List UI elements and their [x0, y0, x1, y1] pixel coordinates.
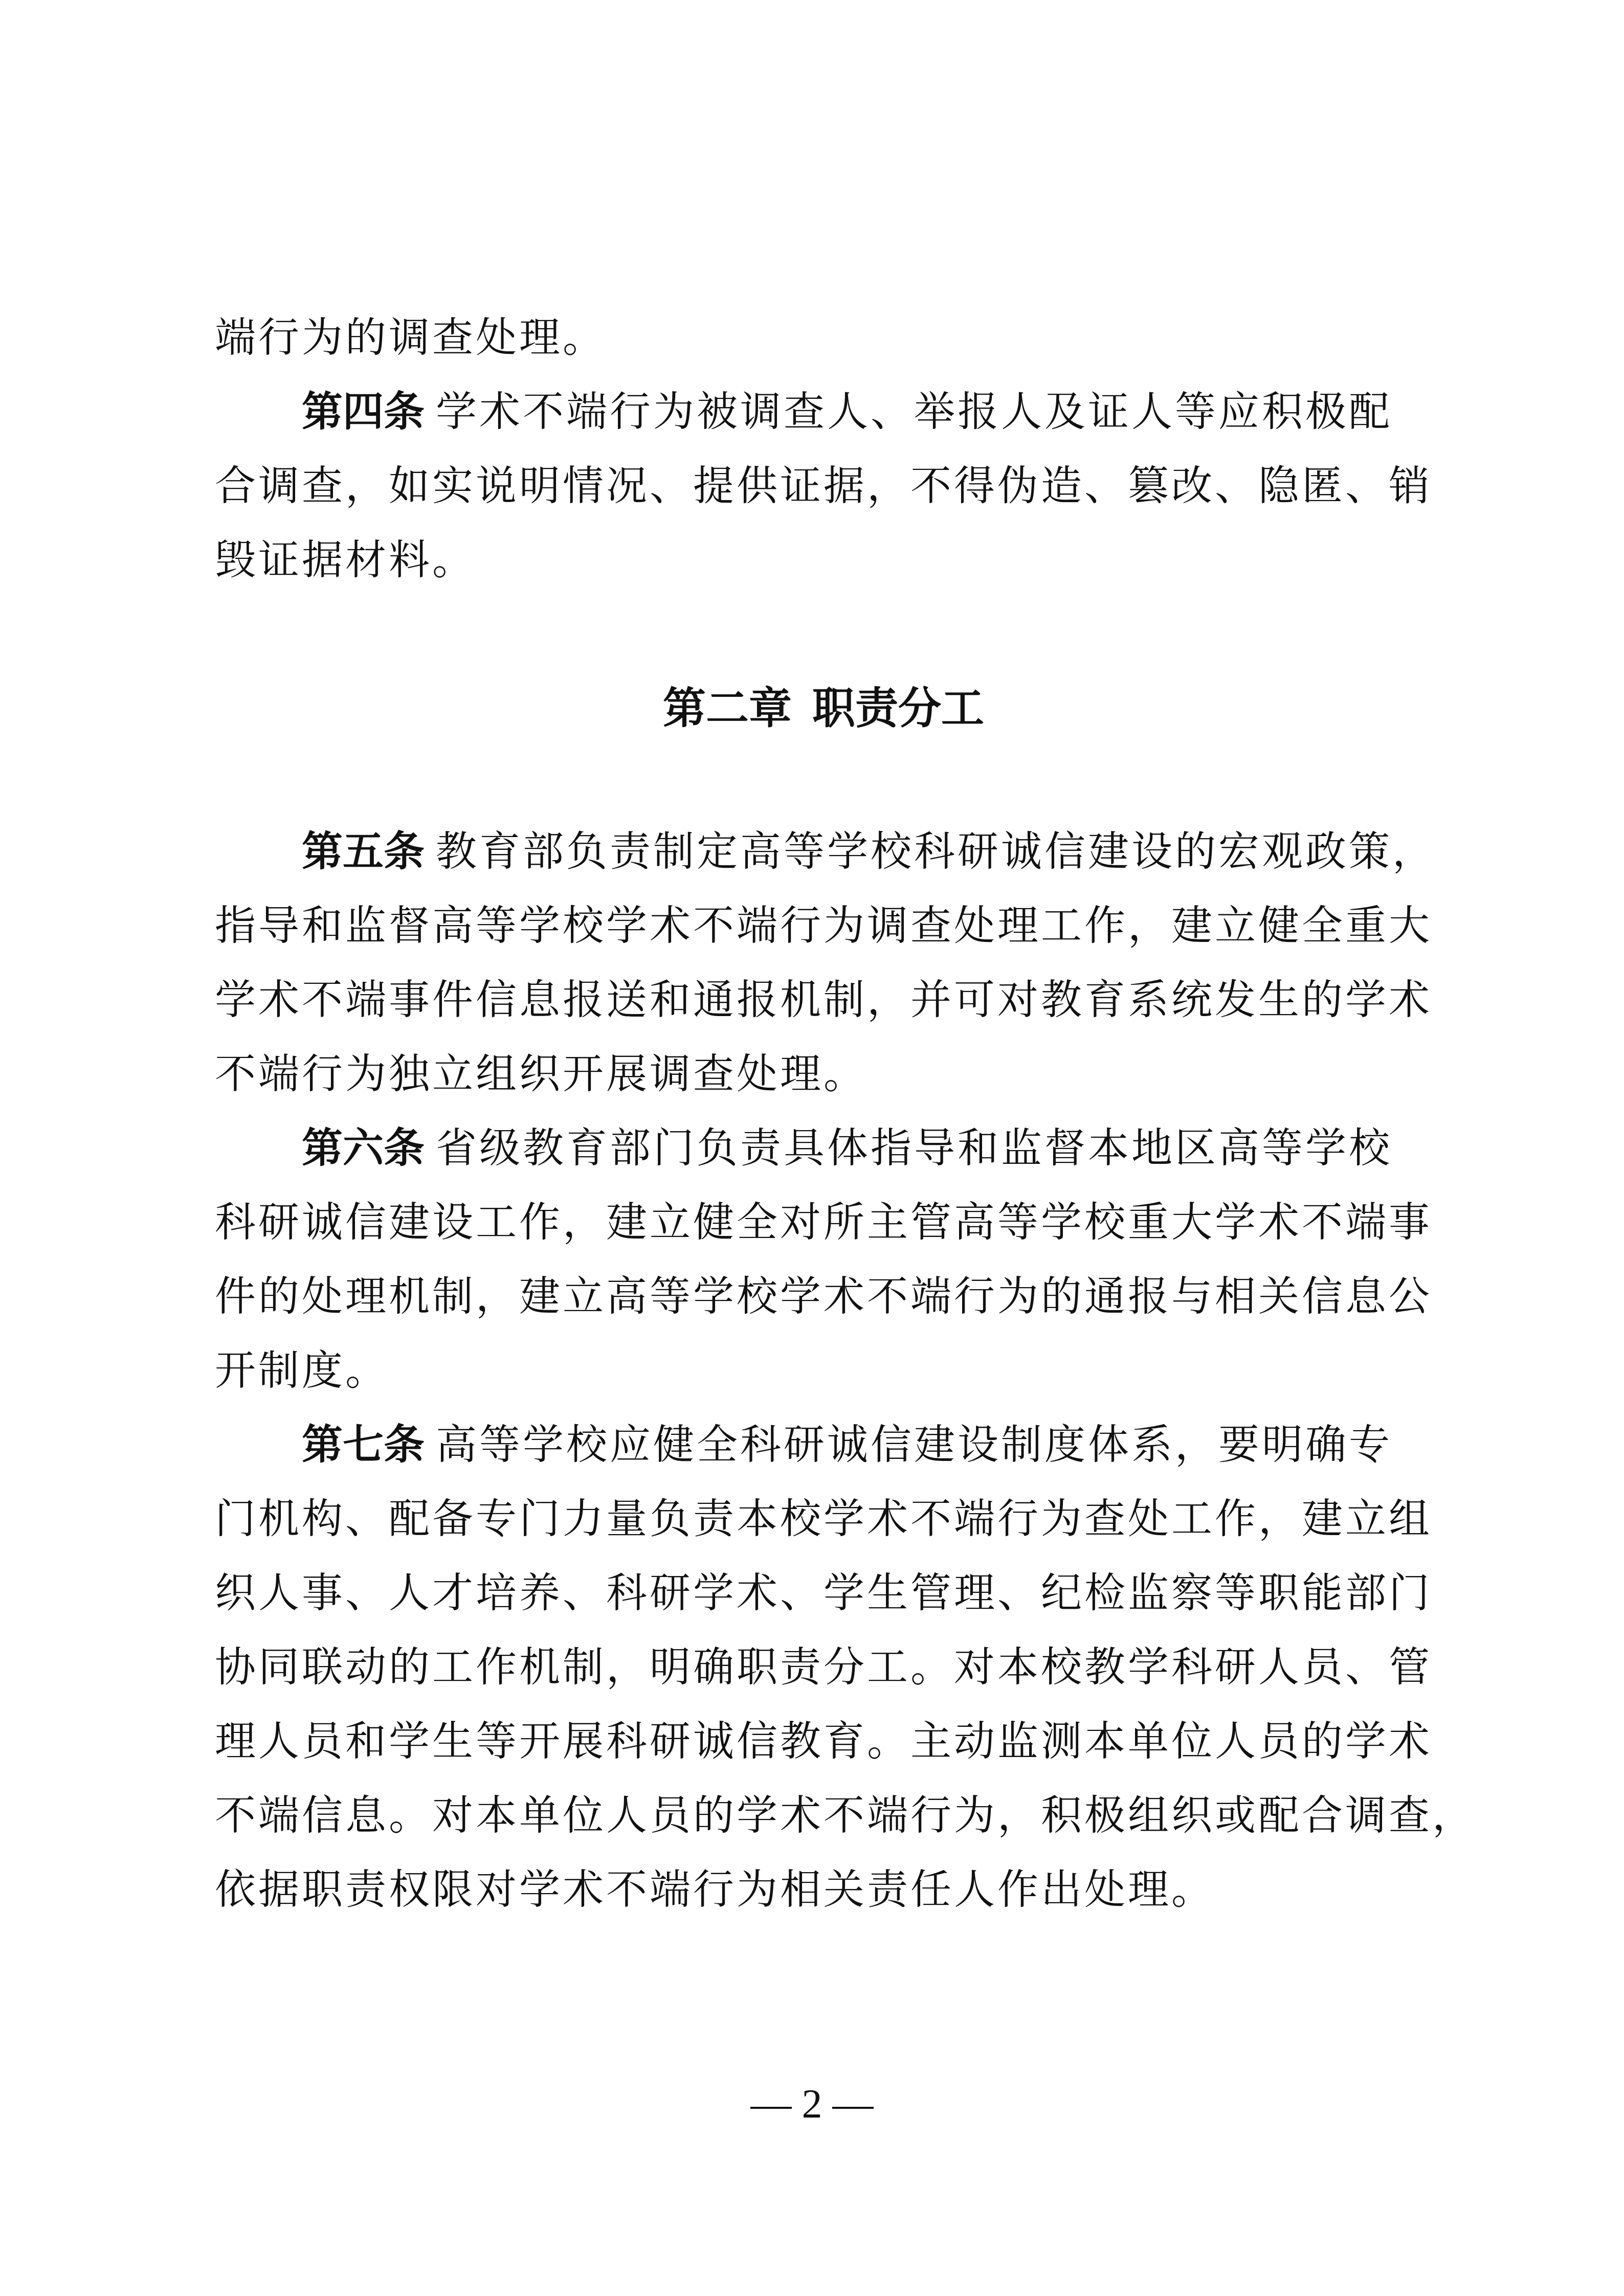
chapter-title: 职责分工 — [812, 683, 984, 733]
article-7-line-3: 织人事、人才培养、科研学术、学生管理、纪检监察等职能部门 — [215, 1565, 1432, 1621]
article-5-line-1: 第五条教育部负责制定高等学校科研诚信建设的宏观政策， — [302, 823, 1436, 880]
article-6-label: 第六条 — [302, 1124, 425, 1172]
article-5-line-4: 不端行为独立组织开展调查处理。 — [215, 1046, 867, 1102]
article-4-label: 第四条 — [302, 388, 425, 435]
article-7-line-2: 门机构、配备专门力量负责本校学术不端行为查处工作，建立组 — [215, 1491, 1432, 1547]
article-6-line-1: 第六条省级教育部门负责具体指导和监督本地区高等学校 — [302, 1120, 1392, 1176]
article-7-line-6: 不端信息。对本单位人员的学术不端行为，积极组织或配合调查， — [215, 1787, 1476, 1843]
article-7-line-7: 依据职责权限对学术不端行为相关责任人作出处理。 — [215, 1861, 1215, 1918]
chapter-number: 第二章 — [663, 683, 792, 733]
article-5-label: 第五条 — [302, 827, 425, 875]
article-7-line-1: 第七条高等学校应健全科研诚信建设制度体系，要明确专 — [302, 1416, 1392, 1473]
article-6-line-3: 件的处理机制，建立高等学校学术不端行为的通报与相关信息公 — [215, 1268, 1432, 1324]
article-7-label: 第七条 — [302, 1421, 425, 1468]
chapter-heading: 第二章职责分工 — [215, 680, 1432, 736]
page-number: — 2 — — [0, 2076, 1624, 2132]
article-4-line-2: 合调查，如实说明情况、提供证据，不得伪造、篡改、隐匿、销 — [215, 458, 1432, 514]
article-7-line-5: 理人员和学生等开展科研诚信教育。主动监测本单位人员的学术 — [215, 1713, 1432, 1769]
article-4-line-3: 毁证据材料。 — [215, 532, 476, 588]
article-7-line-4: 协同联动的工作机制，明确职责分工。对本校教学科研人员、管 — [215, 1639, 1432, 1695]
continuation-line: 端行为的调查处理。 — [215, 309, 606, 366]
article-5-line-2: 指导和监督高等学校学术不端行为调查处理工作，建立健全重大 — [215, 897, 1432, 954]
article-5-line-3: 学术不端事件信息报送和通报机制，并可对教育系统发生的学术 — [215, 972, 1432, 1028]
article-4-line-1: 第四条学术不端行为被调查人、举报人及证人等应积极配 — [302, 384, 1392, 440]
article-6-line-2: 科研诚信建设工作，建立健全对所主管高等学校重大学术不端事 — [215, 1194, 1432, 1250]
article-6-line-4: 开制度。 — [215, 1342, 389, 1399]
